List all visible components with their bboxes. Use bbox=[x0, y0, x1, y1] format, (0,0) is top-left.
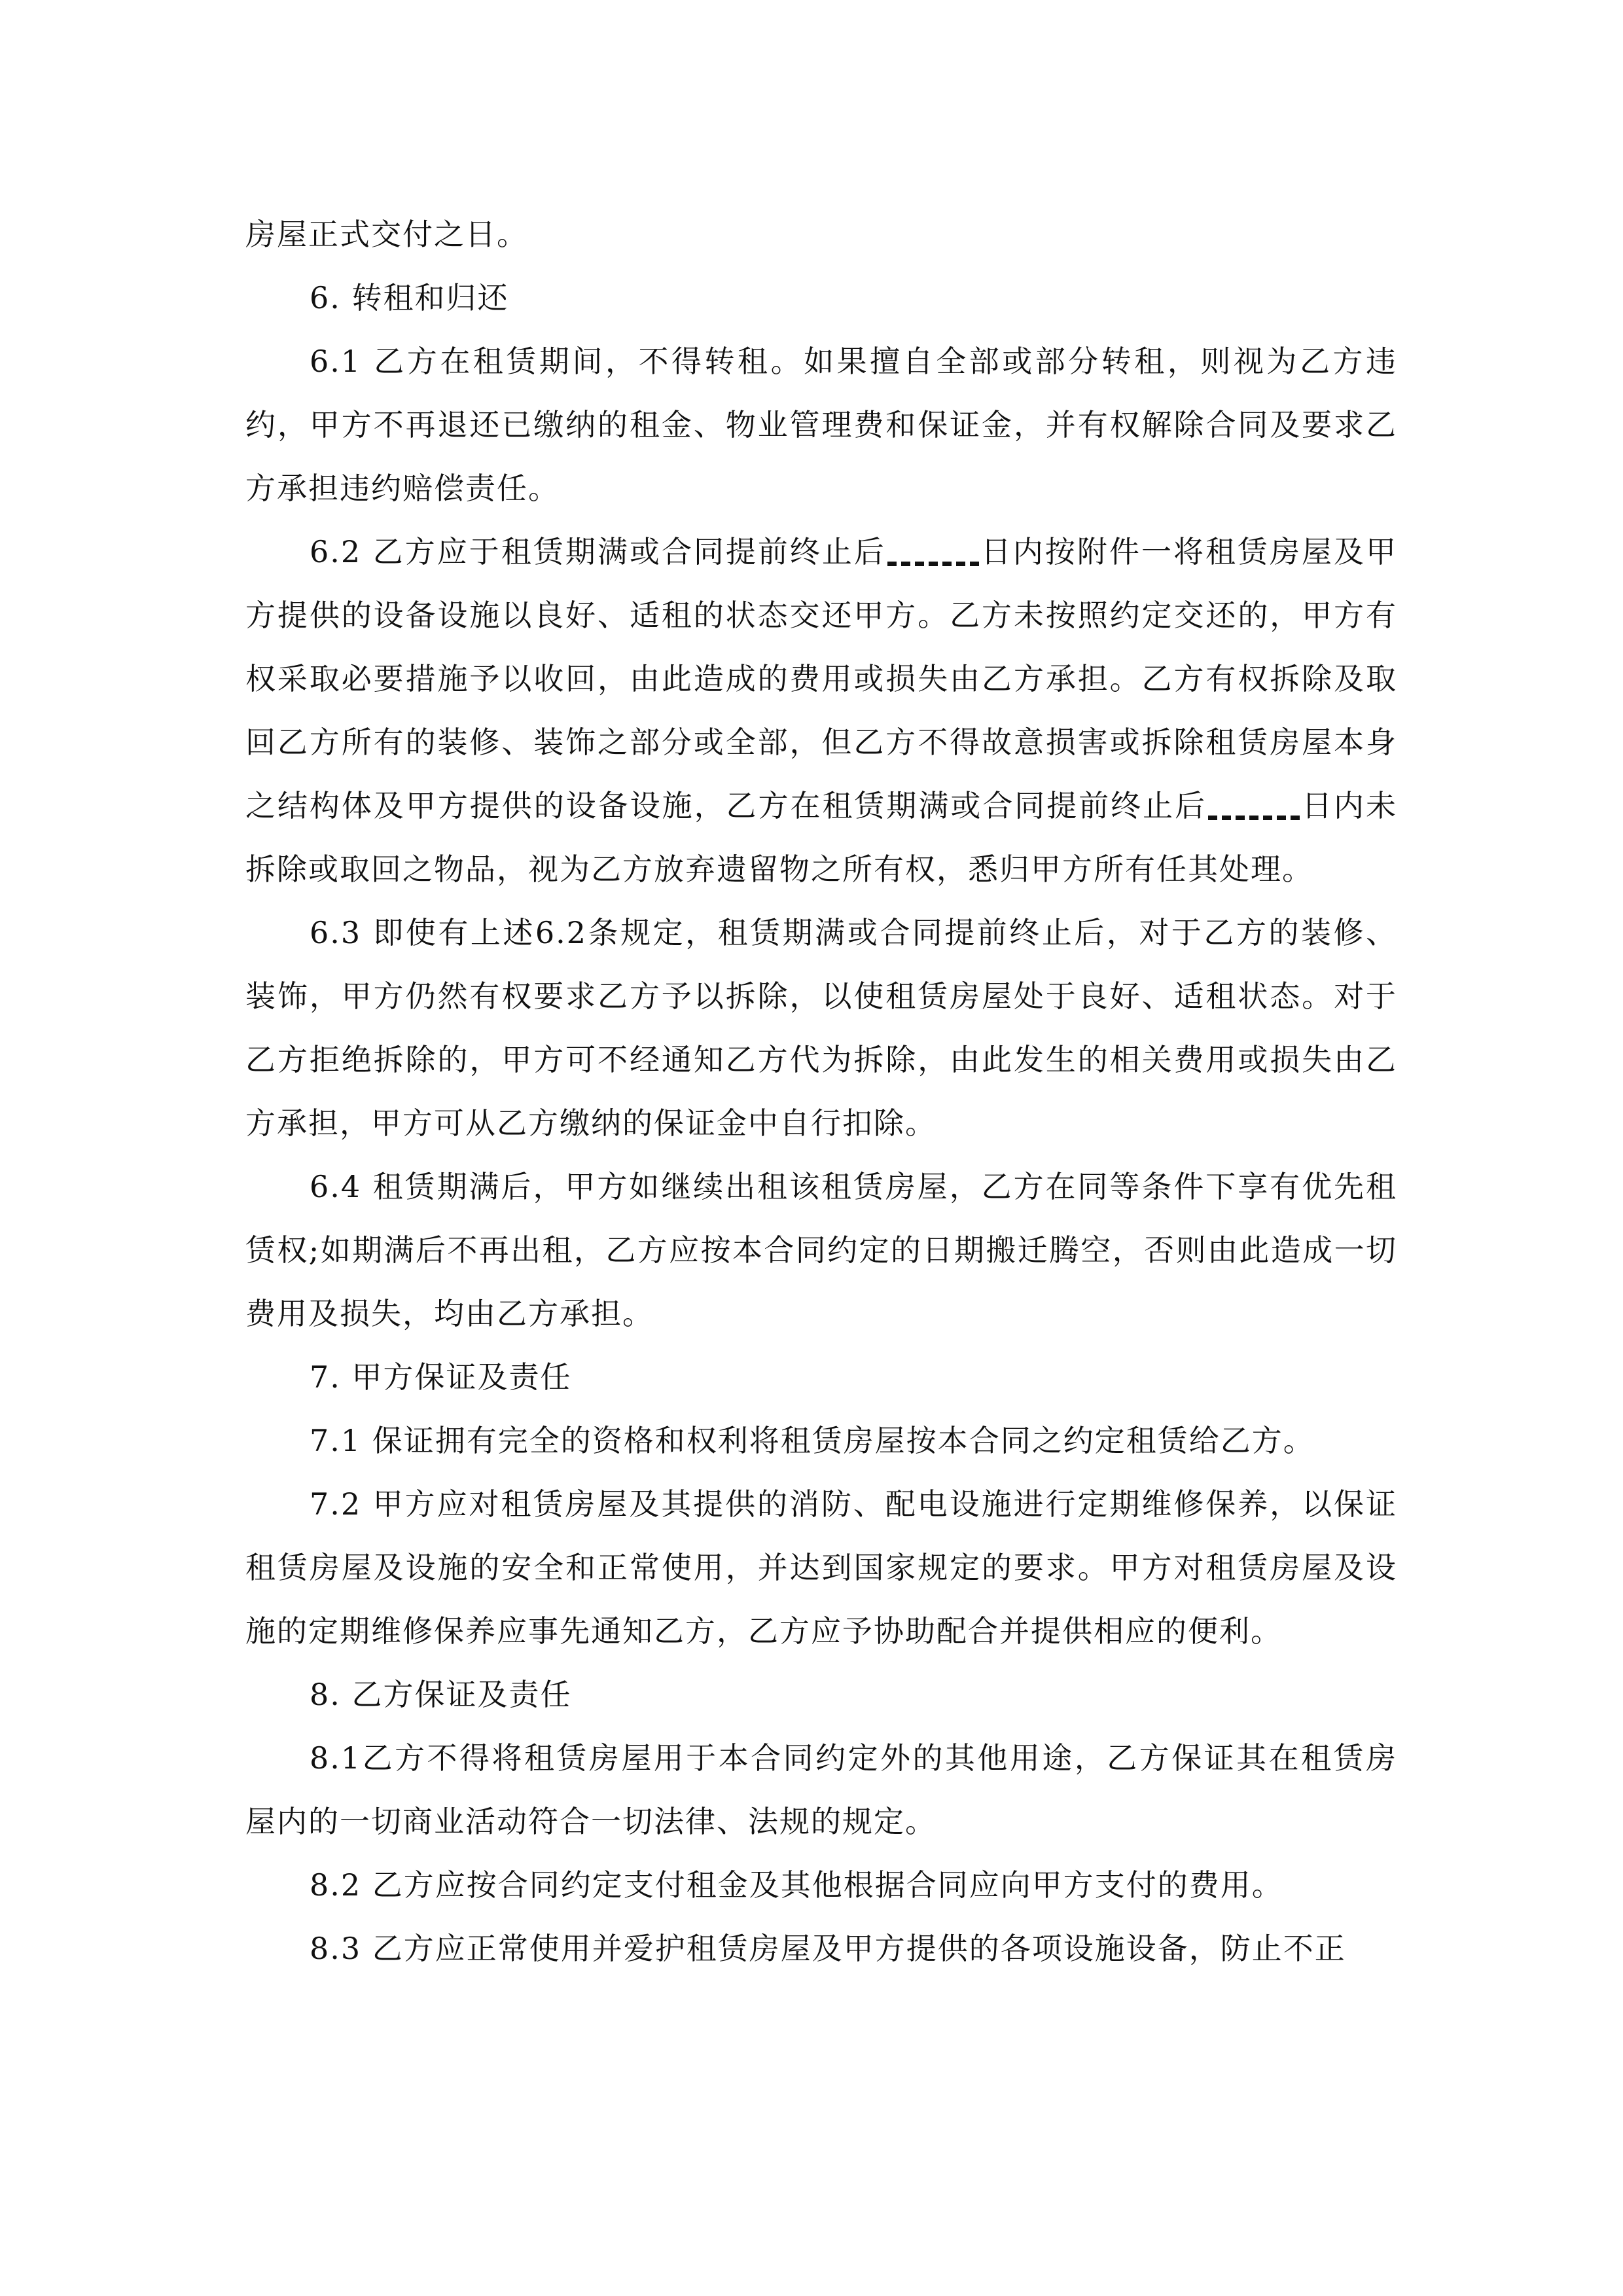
clause-6-2-part-b: 日内按附件一将租赁房屋及甲方提供的设备设施以良好、适租的状态交还甲方。乙方未按照… bbox=[245, 534, 1397, 823]
clause-7-2: 7.2 甲方应对租赁房屋及其提供的消防、配电设施进行定期维修保养，以保证租赁房屋… bbox=[245, 1473, 1397, 1663]
section-heading-6: 6. 转租和归还 bbox=[245, 266, 1397, 330]
section-heading-8: 8. 乙方保证及责任 bbox=[245, 1663, 1397, 1727]
clause-6-2-part-a: 6.2 乙方应于租赁期满或合同提前终止后 bbox=[310, 534, 886, 569]
clause-6-4: 6.4 租赁期满后，甲方如继续出租该租赁房屋，乙方在同等条件下享有优先租赁权;如… bbox=[245, 1155, 1397, 1346]
clause-8-2: 8.2 乙方应按合同约定支付租金及其他根据合同应向甲方支付的费用。 bbox=[245, 1854, 1397, 1917]
clause-6-2: 6.2 乙方应于租赁期满或合同提前终止后日内按附件一将租赁房屋及甲方提供的设备设… bbox=[245, 520, 1397, 901]
fill-in-blank-days[interactable] bbox=[887, 541, 979, 566]
clause-6-1: 6.1 乙方在租赁期间，不得转租。如果擅自全部或部分转租，则视为乙方违约，甲方不… bbox=[245, 330, 1397, 520]
clause-8-3: 8.3 乙方应正常使用并爱护租赁房屋及甲方提供的各项设施设备，防止不正 bbox=[245, 1917, 1397, 1981]
paragraph-continuation: 房屋正式交付之日。 bbox=[245, 203, 1397, 266]
fill-in-blank-days[interactable] bbox=[1208, 795, 1300, 820]
document-page: 房屋正式交付之日。 6. 转租和归还 6.1 乙方在租赁期间，不得转租。如果擅自… bbox=[245, 203, 1397, 1981]
clause-8-1: 8.1乙方不得将租赁房屋用于本合同约定外的其他用途，乙方保证其在租赁房屋内的一切… bbox=[245, 1727, 1397, 1854]
clause-6-3: 6.3 即使有上述6.2条规定，租赁期满或合同提前终止后，对于乙方的装修、装饰，… bbox=[245, 901, 1397, 1155]
section-heading-7: 7. 甲方保证及责任 bbox=[245, 1346, 1397, 1409]
clause-7-1: 7.1 保证拥有完全的资格和权利将租赁房屋按本合同之约定租赁给乙方。 bbox=[245, 1409, 1397, 1473]
